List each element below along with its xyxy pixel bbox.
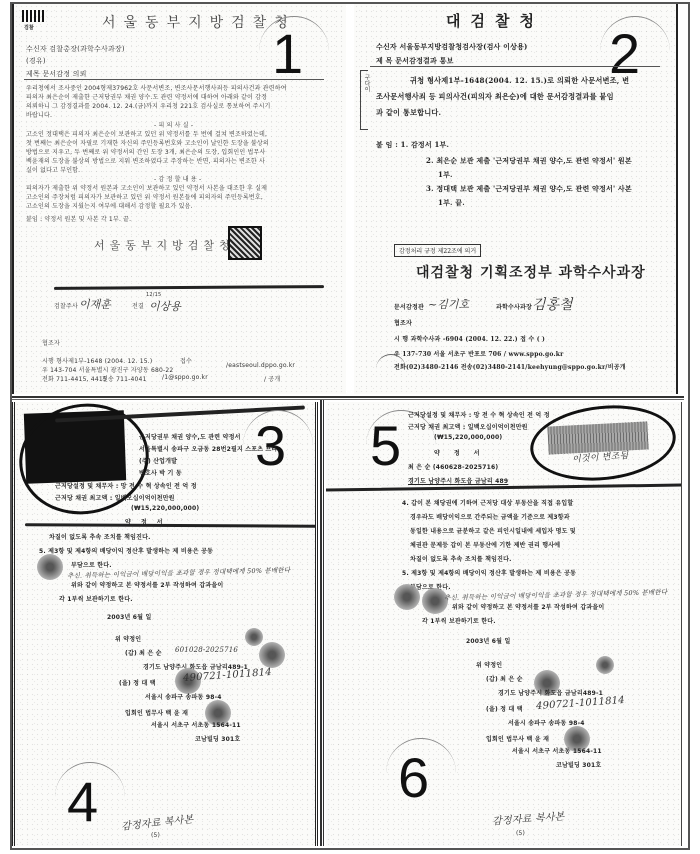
- party-b-address: 서울시 송파구 송파동 98-4: [145, 692, 222, 701]
- fax: 전송 711-4041: [102, 374, 147, 383]
- website: /eastseoul.dppo.go.kr: [226, 362, 295, 369]
- doc-line: 5. 제3항 및 제4항의 배당이익 정산후 발생하는 제 비용은 공동: [402, 568, 576, 577]
- witness-address: 서울시 서초구 서초동 1564-11: [151, 720, 241, 729]
- panel-number-4: 4: [67, 774, 98, 830]
- body-line: 방법으로 지우고, 두 번째로 위 약정서의 간인 도장 3개, 최은순의 도장…: [26, 147, 266, 156]
- party-b: (을) 정 대 택: [119, 678, 156, 687]
- doc-line: 경우라도 배당이익으로 간주되는 금액을 기준으로 제3항과: [410, 512, 570, 521]
- receipt-stamp-icon: [376, 354, 406, 384]
- regulation-box: 감정처리 규정 제22조에 의거: [394, 244, 481, 257]
- doc-line: 경기도 남양주시 화도읍 금남리 489: [408, 476, 508, 485]
- official-seal-icon: [228, 226, 262, 260]
- cooperator: 협조자: [42, 338, 60, 347]
- body-line: 백윤재의 도장을 불상의 방법으로 지워 변조하였다고 주장하는 반면, 피의자…: [26, 156, 265, 165]
- divider: [24, 79, 324, 80]
- recipient: 수신자 검찰총장(과학수사과장): [26, 44, 125, 54]
- attachment-2-cont: 1부.: [438, 170, 453, 180]
- contract-date: 2003년 6월 일: [466, 636, 510, 645]
- body-line: 고소인 정대택은 피의자 최은순이 보관하고 있던 위 약정서를 두 번에 걸쳐…: [26, 129, 267, 138]
- doc-line: (₩15,220,000,000): [131, 505, 199, 512]
- chief-label: 과학수사과장: [496, 302, 532, 311]
- doc-line: 체권관 문제등 갑이 본 부동산에 기한 제반 권리 행사에: [410, 540, 560, 549]
- doc-line: 서울특별시 송파구 오금동 28번2필지 스포츠 프라: [139, 444, 278, 453]
- seal-stamp-icon: [596, 656, 614, 674]
- email: /1@sppo.go.kr: [162, 374, 208, 381]
- body-line: 바랍니다.: [26, 110, 52, 119]
- section-heading: - 감 정 할 내 용 -: [154, 174, 201, 183]
- witness-building: 코남빌딩 301호: [195, 734, 240, 743]
- enforcement: 시 행 과학수사과 -6904 (2004. 12. 22.) 접 수 ( ): [394, 334, 545, 343]
- attachment-1: 붙 임 : 1. 감정서 1부.: [376, 140, 449, 150]
- body-line: 귀청 형사제1부-1648(2004. 12. 15.)로 의뢰한 사문서변조,…: [410, 76, 629, 86]
- doc-line: 각 1부씩 보관하기로 한다.: [59, 594, 133, 603]
- panel-divider-horizontal: [12, 396, 684, 400]
- doc-line: 위와 같이 약정하고 본 약정서를 2부 작성하여 갑과을이: [71, 580, 223, 589]
- doc-line: 차질이 없도록 추속 조치를 책임진다.: [49, 532, 151, 541]
- party-b-handwritten: 490721-1011814: [536, 695, 625, 712]
- attachment: 붙임 : 약정서 원본 및 사본 각 1부. 끝.: [26, 214, 131, 223]
- panel-divider-vertical: [320, 400, 324, 846]
- doc-line: (₩15,220,000,000): [434, 434, 502, 441]
- section-heading: - 피 의 사 실 -: [154, 120, 193, 129]
- disclosure: / 공개: [264, 374, 280, 383]
- party-a: (갑) 최 은 순: [486, 674, 523, 683]
- body-line: 고소인의 주장처럼 피의자가 보관하고 있던 위 약정서 원본들에 피의자의 주…: [26, 192, 263, 201]
- body-line: 고소인의 도장을 지웠는지 여부에 대해서 감정할 필요가 있음.: [26, 201, 193, 210]
- doc-line: 위와 같이 약정하고 본 약정서를 2부 작성하여 갑과을이: [452, 602, 604, 611]
- body-line: 우리청에서 조사중인 2004형제37962호 사문서변조, 변조사문서행사죄등…: [26, 83, 287, 92]
- panel-number-5: 5: [370, 418, 401, 474]
- examiner-signature: ~김기호: [428, 296, 469, 312]
- doc-line: 부담으로 한다.: [71, 560, 112, 569]
- party-b: (을) 정 대 택: [486, 704, 523, 713]
- doc-line: 근저당설정 및 채무자 : 망 전 수 혁 상속인 전 억 정: [55, 481, 197, 490]
- body-line: 의뢰하니 그 감정결과를 2004. 12. 24.(금)까지 우리청 221호…: [26, 101, 271, 110]
- footer-note: 감정자료 복사본: [120, 810, 194, 832]
- doc-line: 약 정 서: [434, 448, 486, 457]
- page-mark: (5): [516, 830, 525, 837]
- receipt: 접수: [180, 356, 192, 365]
- seal-stamp-icon: [259, 642, 285, 668]
- doc-line: 최 은 순 (460628-2025716): [408, 462, 498, 471]
- doc-line: (주) 산업개발: [139, 456, 177, 465]
- witness-building: 코남빌딩 301호: [556, 760, 601, 769]
- agency-logo-icon: [22, 10, 44, 22]
- doc-line: 4. 갑이 본 채당권에 기하여 근저당 대상 부동산을 직접 유입할: [402, 498, 573, 507]
- subject: 제목 문서감정 의뢰: [26, 69, 87, 79]
- examiner-label: 문서감정관: [394, 302, 424, 311]
- signer-right-signature: 이상용: [149, 298, 181, 314]
- doc-line: 차질이 없도록 추속 조치를 책임진다.: [410, 554, 512, 563]
- side-stamp: 구다이: [362, 74, 371, 93]
- doc-line: 변호사 박 기 동: [139, 468, 182, 477]
- party-a: (갑) 최 은 순: [125, 648, 162, 657]
- body-line: 피의자가 제출한 위 약정서 원본과 고소인이 보관하고 있던 약정서 사본을 …: [26, 183, 267, 192]
- subject: 제 목 문서감정결과 통보: [376, 56, 454, 66]
- party-label: 위 약정인: [115, 634, 141, 643]
- contact: 전화(02)3480-2146 전송(02)3480-2141/keehyung…: [394, 362, 626, 371]
- phone: 전화 711-4415, 4415: [42, 374, 107, 383]
- party-label: 위 약정인: [476, 660, 502, 669]
- doc-line: 각 1부씩 보관하기로 한다.: [422, 616, 496, 625]
- enforcement: 시행 형사제1부-1648 (2004. 12. 15.): [42, 356, 152, 365]
- panel-number-6: 6: [398, 750, 429, 806]
- document-panel-2: 대검찰청 2 수신자 서울동부지방검찰청검사장(검사 이상용) 제 목 문서감정…: [354, 4, 678, 394]
- body-line: 피의자 최은순이 제출한 근저당권부 채권 양수.도 관련 약정서에 대하여 아…: [26, 92, 267, 101]
- doc-line: 근저당 채권 최고액 : 일백오십이억이천만원: [408, 422, 528, 431]
- cut-line: [25, 523, 318, 528]
- witness-address: 서울시 서초구 서초동 1564-11: [512, 746, 602, 755]
- footer-note: 감정자료 복사본: [492, 807, 565, 827]
- doc-line: 근저당설정 및 채무자 : 망 전 수 혁 상속인 전 억 정: [408, 410, 550, 419]
- witness: 입회인 법무사 백 윤 재: [125, 708, 188, 717]
- logo-label: 검찰: [24, 24, 34, 31]
- page-mark: (5): [151, 832, 160, 839]
- agency-header: 대검찰청: [446, 10, 544, 31]
- panel-number-2: 2: [609, 26, 640, 82]
- attachment-2: 2. 최은순 보관 제출 '근저당권부 채권 양수,도 관련 약정서' 원본: [426, 156, 632, 166]
- via: (경유): [26, 56, 46, 66]
- document-panel-5-6: 5 근저당설정 및 채무자 : 망 전 수 혁 상속인 전 억 정 근저당 채권…: [326, 402, 682, 846]
- scan-edge-line: [54, 285, 324, 290]
- body-line: 과 같이 통보합니다.: [376, 108, 441, 118]
- divider: [370, 66, 660, 67]
- handwritten-note: 추신. 취득하는 이익금이 배당이익을 초과할 경우 정대택에게 50% 분배한…: [444, 587, 668, 602]
- signer-left-label: 검찰주사: [54, 301, 78, 310]
- attachment-3: 3. 정대택 보관 제출 '근저당권부 채권 양수,도 관련 약정서' 사본: [426, 184, 632, 194]
- document-panel-3-4: 3 근저당권부 채권 양수,도 관련 약정서 서울특별시 송파구 오금동 28번…: [12, 402, 318, 846]
- doc-line: 동일한 내용으로 균분하고 같은 피인시일내에 세입자 명도 및: [410, 526, 576, 535]
- seal-stamp-icon: [245, 628, 263, 646]
- party-a-handwritten: 601028-2025716: [175, 646, 238, 654]
- document-panel-1: 검찰 서울동부지방검찰청 1 수신자 검찰총장(과학수사과장) (경유) 제목 …: [12, 4, 346, 394]
- address: 우 143-704 서울특별시 광진구 자양동 680-22: [42, 365, 173, 374]
- address: 우 137-730 서울 서초구 반포로 706 / www.sppo.go.k…: [394, 349, 563, 358]
- chief-signature: 김홍철: [532, 294, 573, 314]
- department-title: 대검찰청 기획조정부 과학수사과장: [416, 262, 646, 282]
- body-line: 조사문서행사죄 등 피의사건(피의자 최은순)에 대한 문서감정결과를 붙임: [376, 92, 614, 102]
- contract-date: 2003년 6월 일: [107, 612, 151, 621]
- recipient: 수신자 서울동부지방검찰청검사장(검사 이상용): [376, 42, 528, 52]
- panel-number-1: 1: [272, 26, 303, 82]
- attachment-3-cont: 1부. 끝.: [438, 198, 465, 208]
- doc-line: 근저당 채권 최고액 : 일백오십이억이천만원: [55, 493, 175, 502]
- body-line: 첫 번째는 최은순이 자필로 기재한 자신의 주민등록번호와 고소인이 날인한 …: [26, 138, 269, 147]
- body-line: 실이 없다고 부인함.: [26, 165, 80, 174]
- seal-stamp-icon: [394, 584, 420, 610]
- doc-line: 5. 제3항 및 제4항의 배당이익 정산후 발생하는 제 비용은 공동: [39, 546, 213, 555]
- doc-line: 근저당권부 채권 양수,도 관련 약정서: [139, 432, 241, 441]
- signer-left-signature: 이재훈: [79, 296, 111, 312]
- seal-stamp-icon: [37, 554, 63, 580]
- signer-right-label: 전결: [132, 301, 144, 310]
- cooperator: 협조자: [394, 318, 412, 327]
- party-a-address: 경기도 남양주시 화도읍 금남리489-1: [498, 688, 603, 697]
- witness: 입회인 법무사 백 윤 재: [486, 734, 549, 743]
